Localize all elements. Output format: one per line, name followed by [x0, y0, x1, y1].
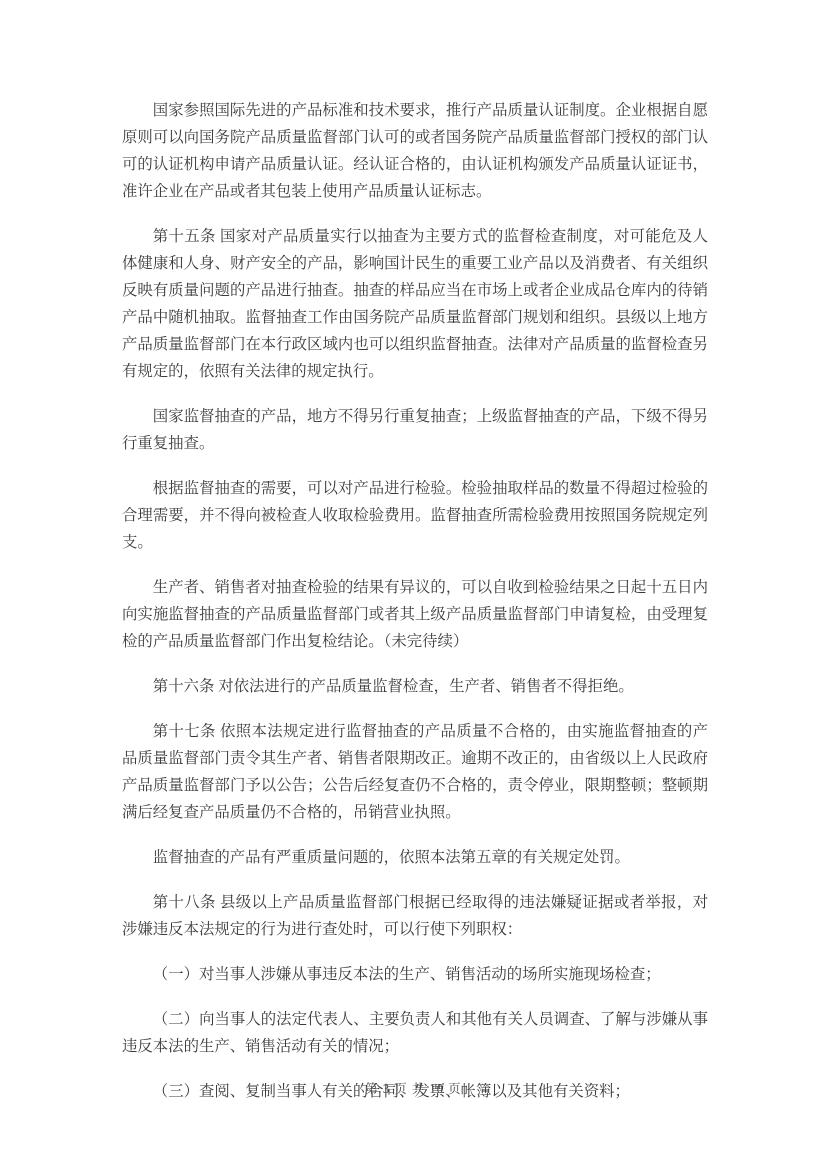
page-number-footer: 第 3 页 共 10 页: [0, 1080, 827, 1098]
paragraph: 根据监督抽查的需要，可以对产品进行检验。检验抽取样品的数量不得超过检验的合理需要…: [122, 475, 708, 556]
paragraph: 生产者、销售者对抽查检验的结果有异议的，可以自收到检验结果之日起十五日内向实施监…: [122, 574, 708, 655]
paragraph-article-16: 第十六条 对依法进行的产品质量监督检查，生产者、销售者不得拒绝。: [122, 673, 708, 700]
paragraph-list-item-1: （一）对当事人涉嫌从事违反本法的生产、销售活动的场所实施现场检查；: [122, 961, 708, 988]
paragraph-article-18: 第十八条 县级以上产品质量监督部门根据已经取得的违法嫌疑证据或者举报，对涉嫌违反…: [122, 889, 708, 943]
paragraph-list-item-2: （二）向当事人的法定代表人、主要负责人和其他有关人员调查、了解与涉嫌从事违反本法…: [122, 1006, 708, 1060]
paragraph-article-15: 第十五条 国家对产品质量实行以抽查为主要方式的监督检查制度，对可能危及人体健康和…: [122, 223, 708, 385]
paragraph: 监督抽查的产品有严重质量问题的，依照本法第五章的有关规定处罚。: [122, 844, 708, 871]
document-body: 国家参照国际先进的产品标准和技术要求，推行产品质量认证制度。企业根据自愿原则可以…: [122, 97, 708, 1123]
paragraph: 国家参照国际先进的产品标准和技术要求，推行产品质量认证制度。企业根据自愿原则可以…: [122, 97, 708, 205]
document-page: 国家参照国际先进的产品标准和技术要求，推行产品质量认证制度。企业根据自愿原则可以…: [0, 0, 827, 1170]
paragraph-article-17: 第十七条 依照本法规定进行监督抽查的产品质量不合格的，由实施监督抽查的产品质量监…: [122, 718, 708, 826]
paragraph: 国家监督抽查的产品，地方不得另行重复抽查；上级监督抽查的产品，下级不得另行重复抽…: [122, 403, 708, 457]
